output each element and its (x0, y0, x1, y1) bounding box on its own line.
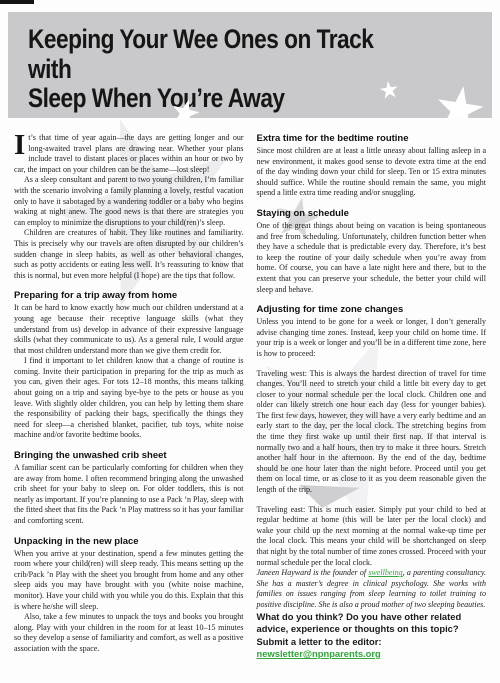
swellbeing-link[interactable]: swellbeing (368, 568, 402, 577)
paragraph: Since most children are at least a littl… (257, 146, 487, 199)
article-header: Keeping Your Wee Ones on Track with Slee… (8, 12, 492, 118)
paragraph: When you arrive at your destination, spe… (14, 549, 244, 613)
paragraph: It’s that time of year again—the days ar… (14, 133, 244, 175)
paragraph-text: t’s that time of year again—the days are… (14, 133, 244, 174)
section-heading: Adjusting for time zone changes (257, 304, 487, 315)
drop-cap: I (14, 133, 28, 157)
paragraph: Traveling west: This is always the harde… (257, 369, 487, 496)
section-heading: Extra time for the bedtime routine (257, 133, 487, 144)
paragraph: Unless you intend to be gone for a week … (257, 317, 487, 359)
callout-text: What do you think? Do you have other rel… (257, 611, 462, 647)
paragraph: A familiar scent can be particularly com… (14, 463, 244, 527)
editor-email-link[interactable]: newsletter@npnparents.org (257, 648, 381, 659)
paragraph: I find it important to let children know… (14, 356, 244, 441)
letter-to-editor-callout: What do you think? Do you have other rel… (257, 611, 487, 661)
bio-text: Janeen Hayward is the founder of (257, 568, 369, 577)
section-heading: Preparing for a trip away from home (14, 290, 244, 301)
author-bio: Janeen Hayward is the founder of swellbe… (257, 568, 487, 610)
paragraph: One of the great things about being on v… (257, 221, 487, 295)
right-column: Extra time for the bedtime routine Since… (257, 133, 487, 661)
left-column: It’s that time of year again—the days ar… (14, 133, 244, 661)
page-title: Keeping Your Wee Ones on Track with Slee… (28, 25, 418, 114)
paragraph: It can be hard to know exactly how much … (14, 303, 244, 356)
article-body: It’s that time of year again—the days ar… (14, 133, 486, 661)
paragraph: Children are creatures of habit. They li… (14, 228, 244, 281)
paragraph: Also, take a few minutes to unpack the t… (14, 612, 244, 654)
paragraph: Traveling east: This is much easier. Sim… (257, 505, 487, 569)
paragraph: As a sleep consultant and parent to two … (14, 175, 244, 228)
top-edge-mark (0, 0, 34, 4)
section-heading: Unpacking in the new place (14, 536, 244, 547)
section-heading: Bringing the unwashed crib sheet (14, 450, 244, 461)
section-heading: Staying on schedule (257, 208, 487, 219)
star-icon (434, 83, 486, 118)
